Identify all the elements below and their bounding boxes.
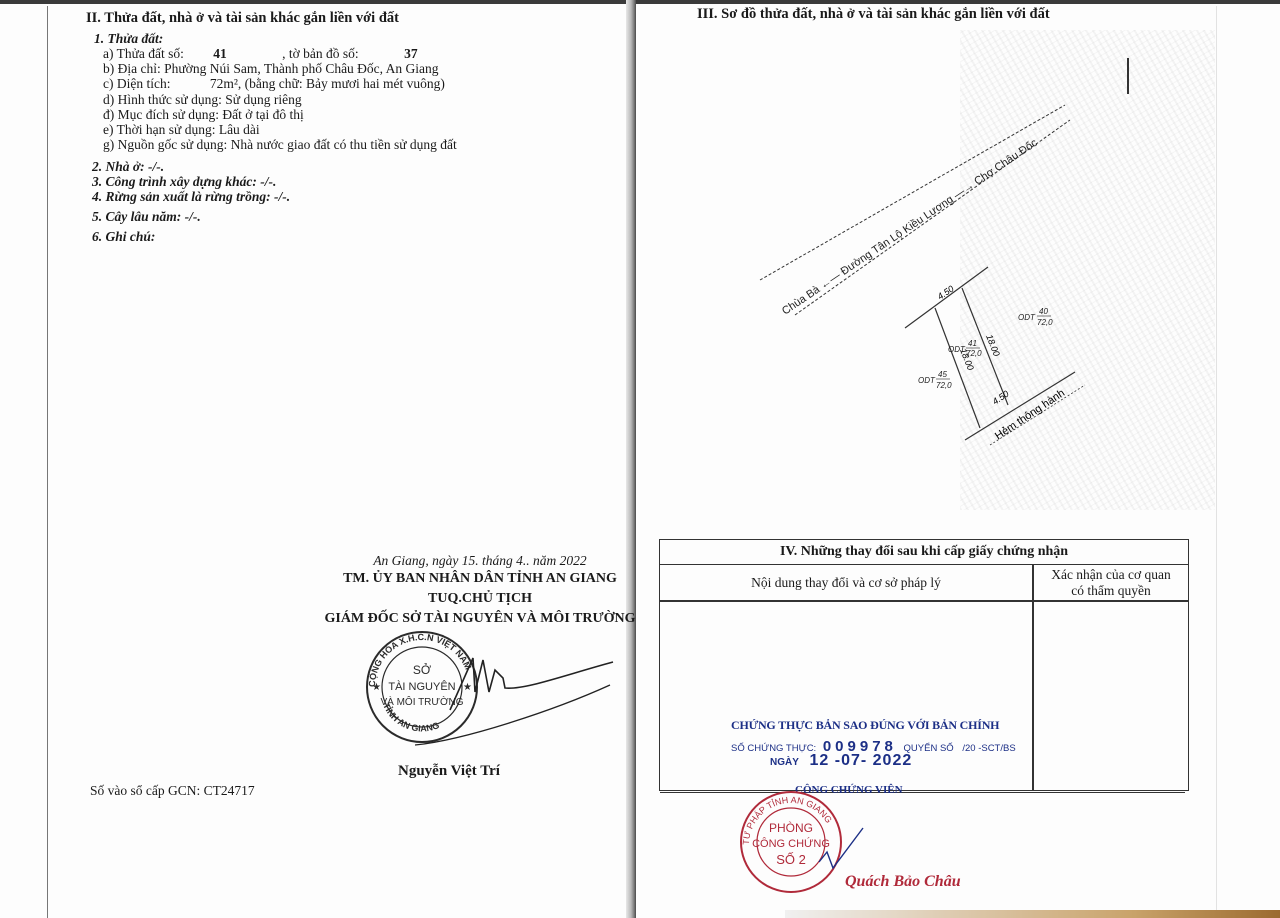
parcel-41-number: 41 bbox=[968, 339, 977, 348]
scan-top-border bbox=[0, 0, 1280, 4]
parcel-41-code: ODT bbox=[948, 345, 966, 354]
area-value: 72m², (bằng chữ: Bảy mươi hai mét vuông) bbox=[210, 76, 445, 91]
cert-date-label: NGÀY bbox=[770, 757, 799, 768]
item-plantation-forest: 4. Rừng sản xuất là rừng trồng: -/-. bbox=[92, 189, 290, 205]
usage-term-row: e) Thời hạn sử dụng: Lâu dài bbox=[103, 122, 260, 138]
address-row: b) Địa chỉ: Phường Núi Sam, Thành phố Ch… bbox=[103, 61, 439, 77]
road-label: Chùa Bà ←— Đường Tân Lộ Kiều Lương —→ Ch… bbox=[780, 137, 1040, 318]
scan-bottom-edge bbox=[785, 910, 1280, 918]
issue-date: An Giang, ngày 15. tháng 4.. năm 2022 bbox=[300, 553, 660, 569]
usage-form-row: d) Hình thức sử dụng: Sử dụng riêng bbox=[103, 92, 302, 108]
issuer-authorization: TUQ.CHỦ TỊCH bbox=[300, 589, 660, 609]
section-iii-title: III. Sơ đồ thửa đất, nhà ở và tài sản kh… bbox=[697, 6, 1050, 23]
parcel-41-area: 72,0 bbox=[966, 349, 982, 358]
svg-text:★: ★ bbox=[372, 682, 381, 693]
right-length: 18.00 bbox=[984, 333, 1002, 358]
section-ii-title: II. Thửa đất, nhà ở và tài sản khác gắn … bbox=[86, 10, 399, 27]
parcel-45-area: 72,0 bbox=[936, 381, 952, 390]
parcel-40-number: 40 bbox=[1039, 307, 1048, 316]
certification-date-row: NGÀY 12 -07- 2022 bbox=[770, 752, 912, 770]
area-label: c) Diện tích: bbox=[103, 76, 170, 91]
official-stamp: CỘNG HÒA X.H.C.N VIỆT NAM TỈNH AN GIANG … bbox=[355, 630, 625, 755]
changes-col-content: Nội dung thay đổi và cơ sở pháp lý bbox=[660, 566, 1032, 600]
page-left-edge bbox=[47, 6, 48, 918]
certification-title: CHỨNG THỰC BẢN SAO ĐÚNG VỚI BẢN CHÍNH bbox=[731, 718, 999, 733]
changes-col-confirmation-line2: có thẩm quyền bbox=[1034, 583, 1188, 599]
parcel-45-number: 45 bbox=[938, 370, 947, 379]
item-house: 2. Nhà ở: -/-. bbox=[92, 159, 164, 175]
issuer-org: TM. ỦY BAN NHÂN DÂN TỈNH AN GIANG bbox=[300, 569, 660, 589]
land-heading: 1. Thửa đất: bbox=[94, 31, 163, 47]
parcel-number-label: a) Thửa đất số: bbox=[103, 46, 184, 61]
parcel-map: Chùa Bà ←— Đường Tân Lộ Kiều Lương —→ Ch… bbox=[740, 100, 1100, 450]
usage-origin-row: g) Nguồn gốc sử dụng: Nhà nước giao đất … bbox=[103, 137, 457, 153]
parcel-40-area: 72,0 bbox=[1037, 318, 1053, 327]
area-row: c) Diện tích: 72m², (bằng chữ: Bảy mươi … bbox=[103, 76, 445, 92]
item-perennial-trees: 5. Cây lâu năm: -/-. bbox=[92, 209, 201, 225]
parcel-number: 41 bbox=[213, 46, 227, 61]
cert-date: 12 -07- 2022 bbox=[810, 752, 913, 769]
issuer-department: GIÁM ĐỐC SỞ TÀI NGUYÊN VÀ MÔI TRƯỜNG bbox=[300, 609, 660, 629]
parcel-40-code: ODT bbox=[1018, 313, 1036, 322]
cert-book-value: /20 -SCT/BS bbox=[962, 743, 1015, 754]
usage-purpose-row: đ) Mục đích sử dụng: Đất ở tại đô thị bbox=[103, 107, 304, 123]
item-other-construction: 3. Công trình xây dựng khác: -/-. bbox=[92, 174, 276, 190]
parcel-number-row: a) Thửa đất số: 41 , tờ bản đồ số: 37 bbox=[103, 46, 418, 62]
notary-stamp-line3: SỐ 2 bbox=[776, 852, 806, 867]
stamp-center-line2: TÀI NGUYÊN bbox=[388, 680, 455, 693]
stamp-center-line1: SỞ bbox=[413, 662, 432, 677]
changes-col-confirmation: Xác nhận của cơ quan có thẩm quyền bbox=[1034, 566, 1188, 601]
north-arrow-icon bbox=[1127, 58, 1129, 94]
changes-table-title: IV. Những thay đổi sau khi cấp giấy chứn… bbox=[660, 540, 1188, 565]
notary-name: Quách Bảo Châu bbox=[845, 873, 961, 891]
notary-stamp-line2: CÔNG CHỨNG bbox=[752, 837, 830, 850]
notary-stamp-line1: PHÒNG bbox=[769, 820, 813, 835]
issuer-signature-block: An Giang, ngày 15. tháng 4.. năm 2022 TM… bbox=[300, 553, 660, 629]
page-right-edge bbox=[1216, 6, 1217, 918]
changes-col-confirmation-line1: Xác nhận của cơ quan bbox=[1034, 567, 1188, 583]
gcn-registry-number: Số vào sổ cấp GCN: CT24717 bbox=[90, 783, 255, 799]
signer-name: Nguyễn Việt Trí bbox=[398, 763, 500, 780]
map-sheet-number: 37 bbox=[404, 46, 418, 61]
item-notes: 6. Ghi chú: bbox=[92, 229, 155, 245]
map-sheet-label: , tờ bản đồ số: bbox=[282, 46, 359, 61]
top-width: 4.50 bbox=[936, 284, 956, 302]
book-spine bbox=[626, 0, 636, 918]
parcel-45-code: ODT bbox=[918, 376, 936, 385]
svg-text:★: ★ bbox=[463, 682, 472, 693]
